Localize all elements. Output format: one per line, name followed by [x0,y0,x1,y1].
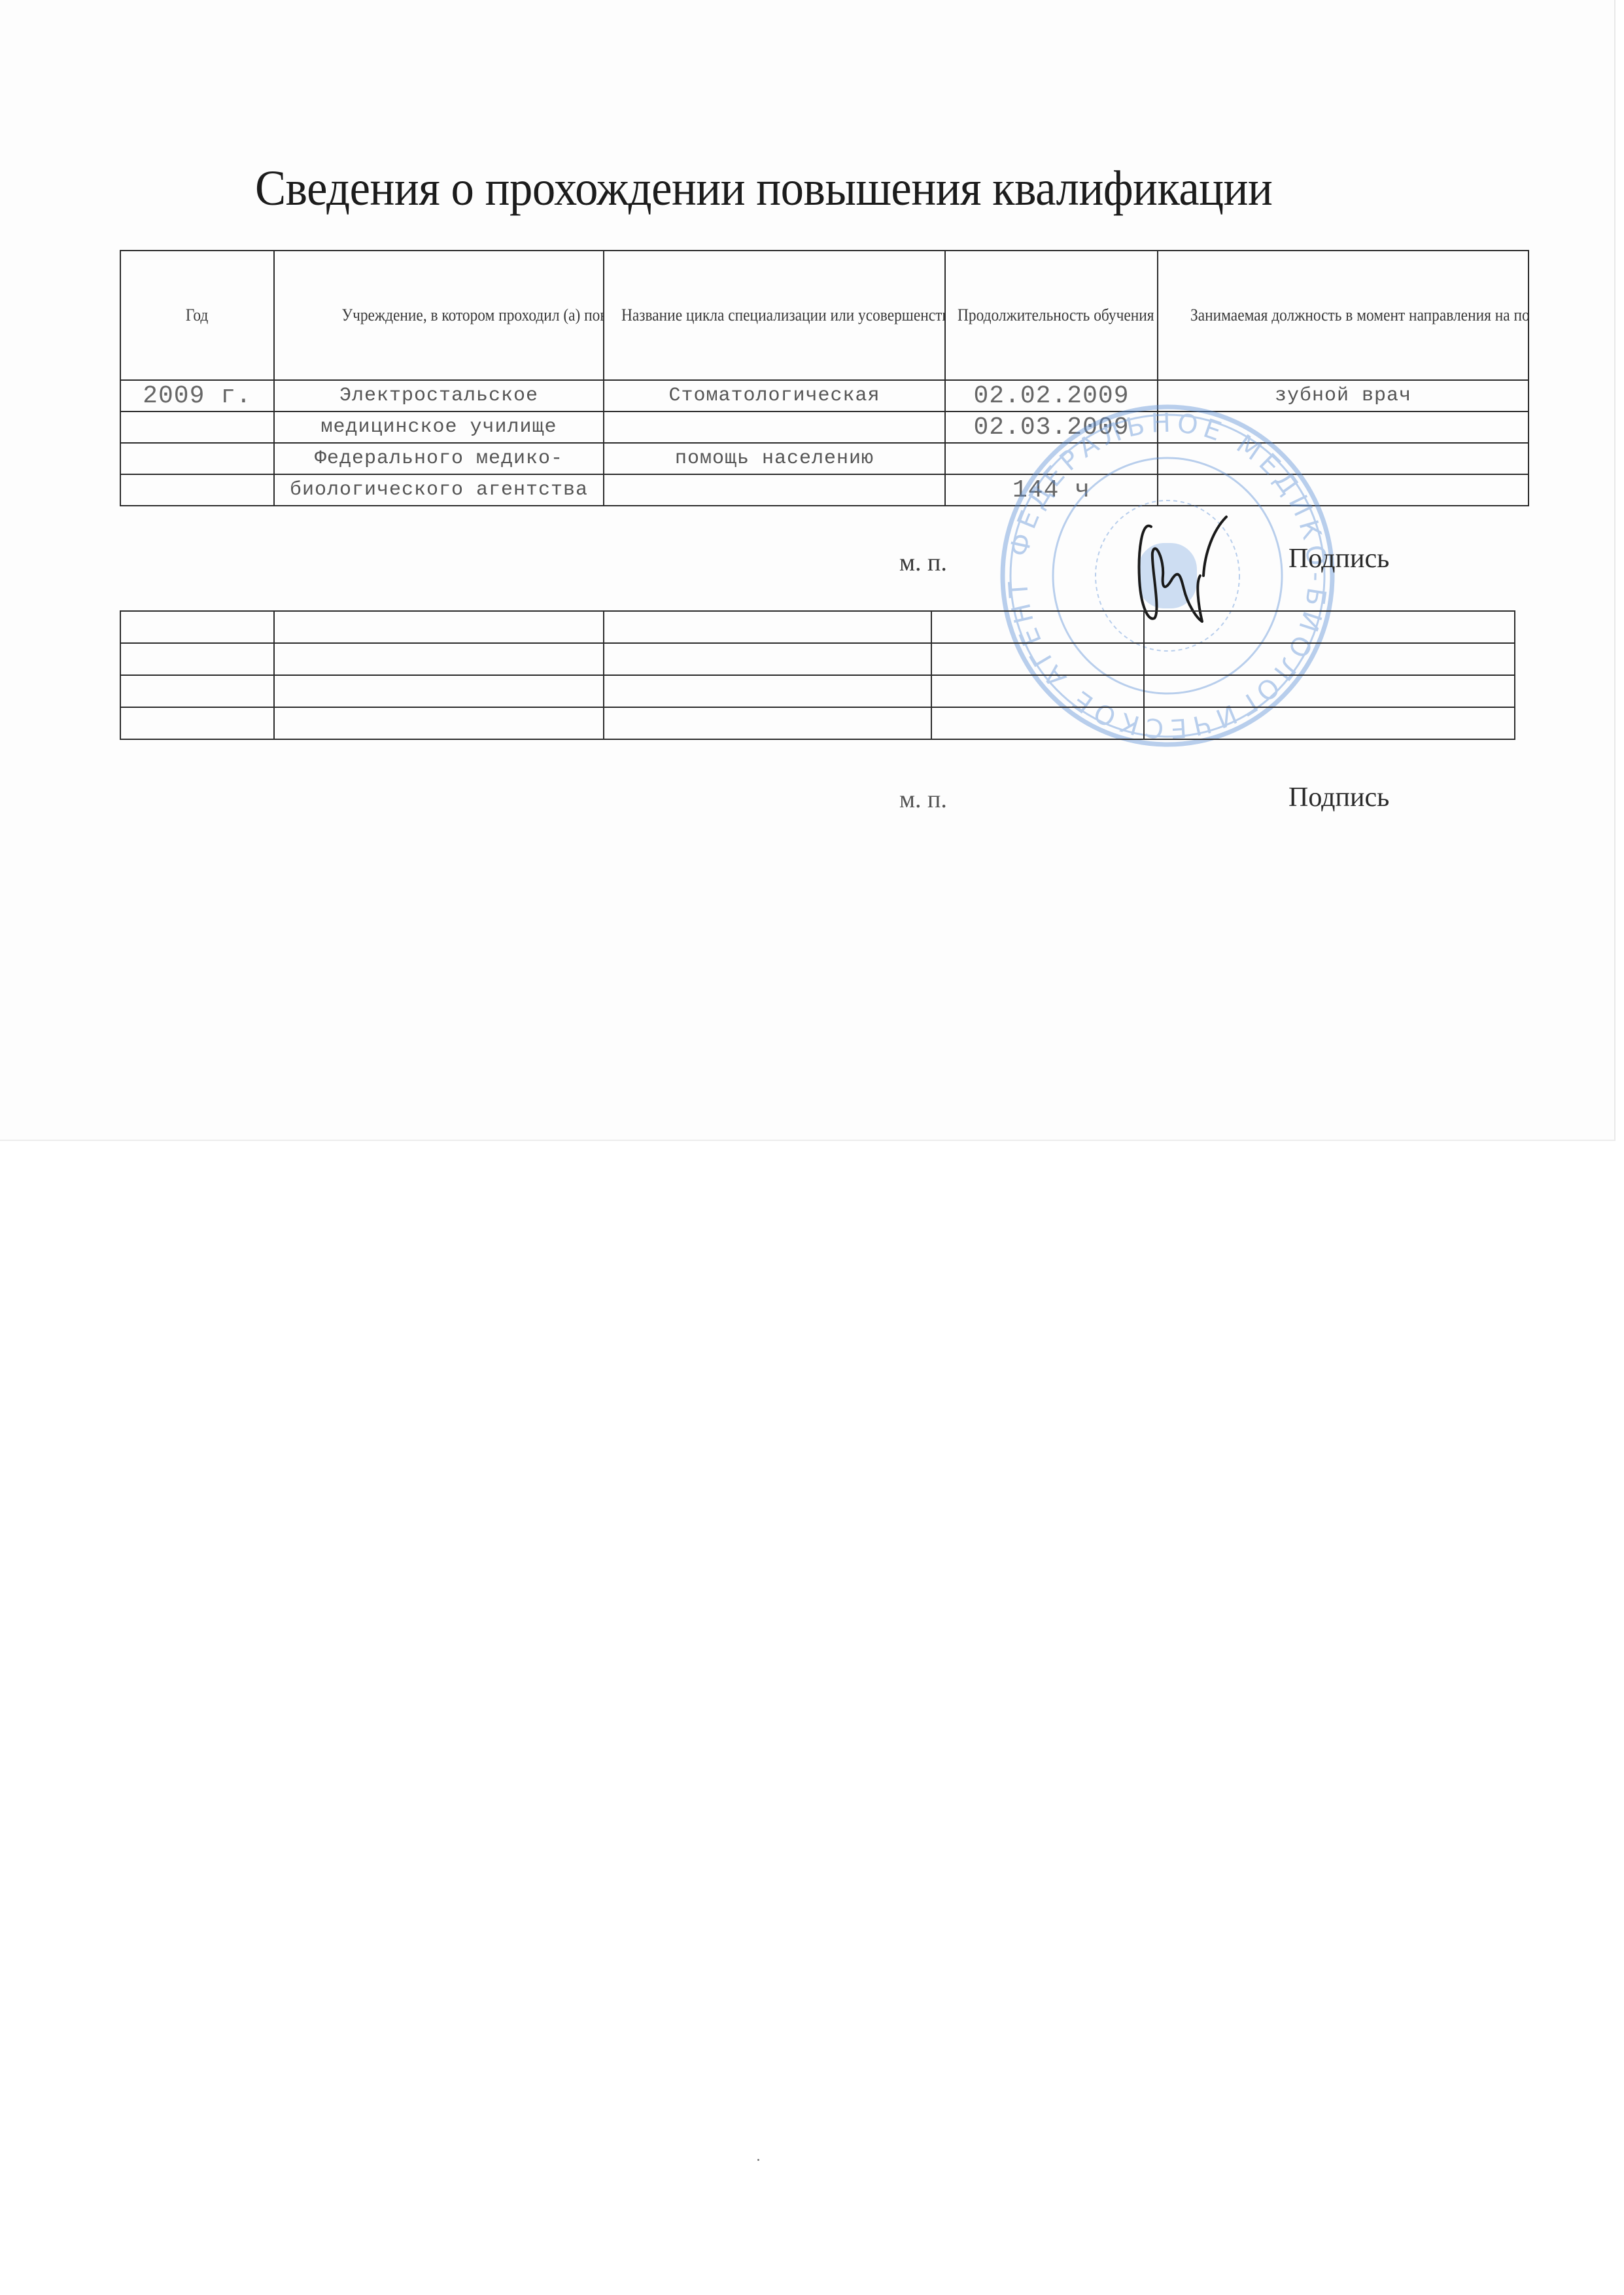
seal-place-label: м. п. [899,548,947,577]
cell [604,675,931,707]
cell-year [120,412,274,443]
cell-position: зубной врач [1158,380,1529,412]
cell [120,675,274,707]
cell [1144,707,1515,739]
cell [120,611,274,643]
seal-place-label: м. п. [899,785,947,814]
cell-institution: Федерального медико- [274,443,604,474]
table-row [120,675,1515,707]
signature-label: Подпись [1288,782,1389,813]
cell [120,707,274,739]
table-row: 2009 г. Электростальское Стоматологическ… [120,380,1529,412]
cell-duration: 02.03.2009 [945,412,1158,443]
scan-speck [757,2159,759,2161]
header-institution: Учреждение, в котором проходил (а) повыш… [274,251,604,380]
cell-duration [945,443,1158,474]
header-cycle-name: Название цикла специализации или усоверш… [604,251,945,380]
cell-institution: медицинское училище [274,412,604,443]
table-row [120,707,1515,739]
cell-year [120,474,274,506]
cell-year: 2009 г. [120,380,274,412]
header-position: Занимаемая должность в момент направлени… [1158,251,1529,380]
cell-cycle-name: Стоматологическая [604,380,945,412]
cell-cycle-name [604,474,945,506]
cell [120,643,274,675]
table-row: Федерального медико- помощь населению [120,443,1529,474]
cell [1144,675,1515,707]
cell-cycle-name: помощь населению [604,443,945,474]
cell-position [1158,412,1529,443]
table-row [120,643,1515,675]
cell-duration: 144 ч [945,474,1158,506]
qualification-table: Год Учреждение, в котором проходил (а) п… [120,250,1529,506]
cell [931,675,1144,707]
cell-institution: биологического агентства [274,474,604,506]
cell [931,643,1144,675]
table-row: биологического агентства 144 ч [120,474,1529,506]
cell [274,643,604,675]
cell [274,675,604,707]
table-row [120,611,1515,643]
header-year: Год [120,251,274,380]
qualification-table-blank [120,610,1515,740]
header-duration: Продолжительность обучения [945,251,1158,380]
page-title: Сведения о прохождении повышения квалифи… [255,160,1368,217]
cell [931,611,1144,643]
cell-year [120,443,274,474]
cell-position [1158,474,1529,506]
cell [604,611,931,643]
cell [274,611,604,643]
cell-position [1158,443,1529,474]
cell [604,707,931,739]
cell-institution: Электростальское [274,380,604,412]
table-row: медицинское училище 02.03.2009 [120,412,1529,443]
cell [1144,611,1515,643]
cell [274,707,604,739]
cell-cycle-name [604,412,945,443]
cell [1144,643,1515,675]
cell-duration: 02.02.2009 [945,380,1158,412]
cell [604,643,931,675]
table-header-row: Год Учреждение, в котором проходил (а) п… [120,251,1529,380]
signature-label: Подпись [1288,543,1389,574]
cell [931,707,1144,739]
